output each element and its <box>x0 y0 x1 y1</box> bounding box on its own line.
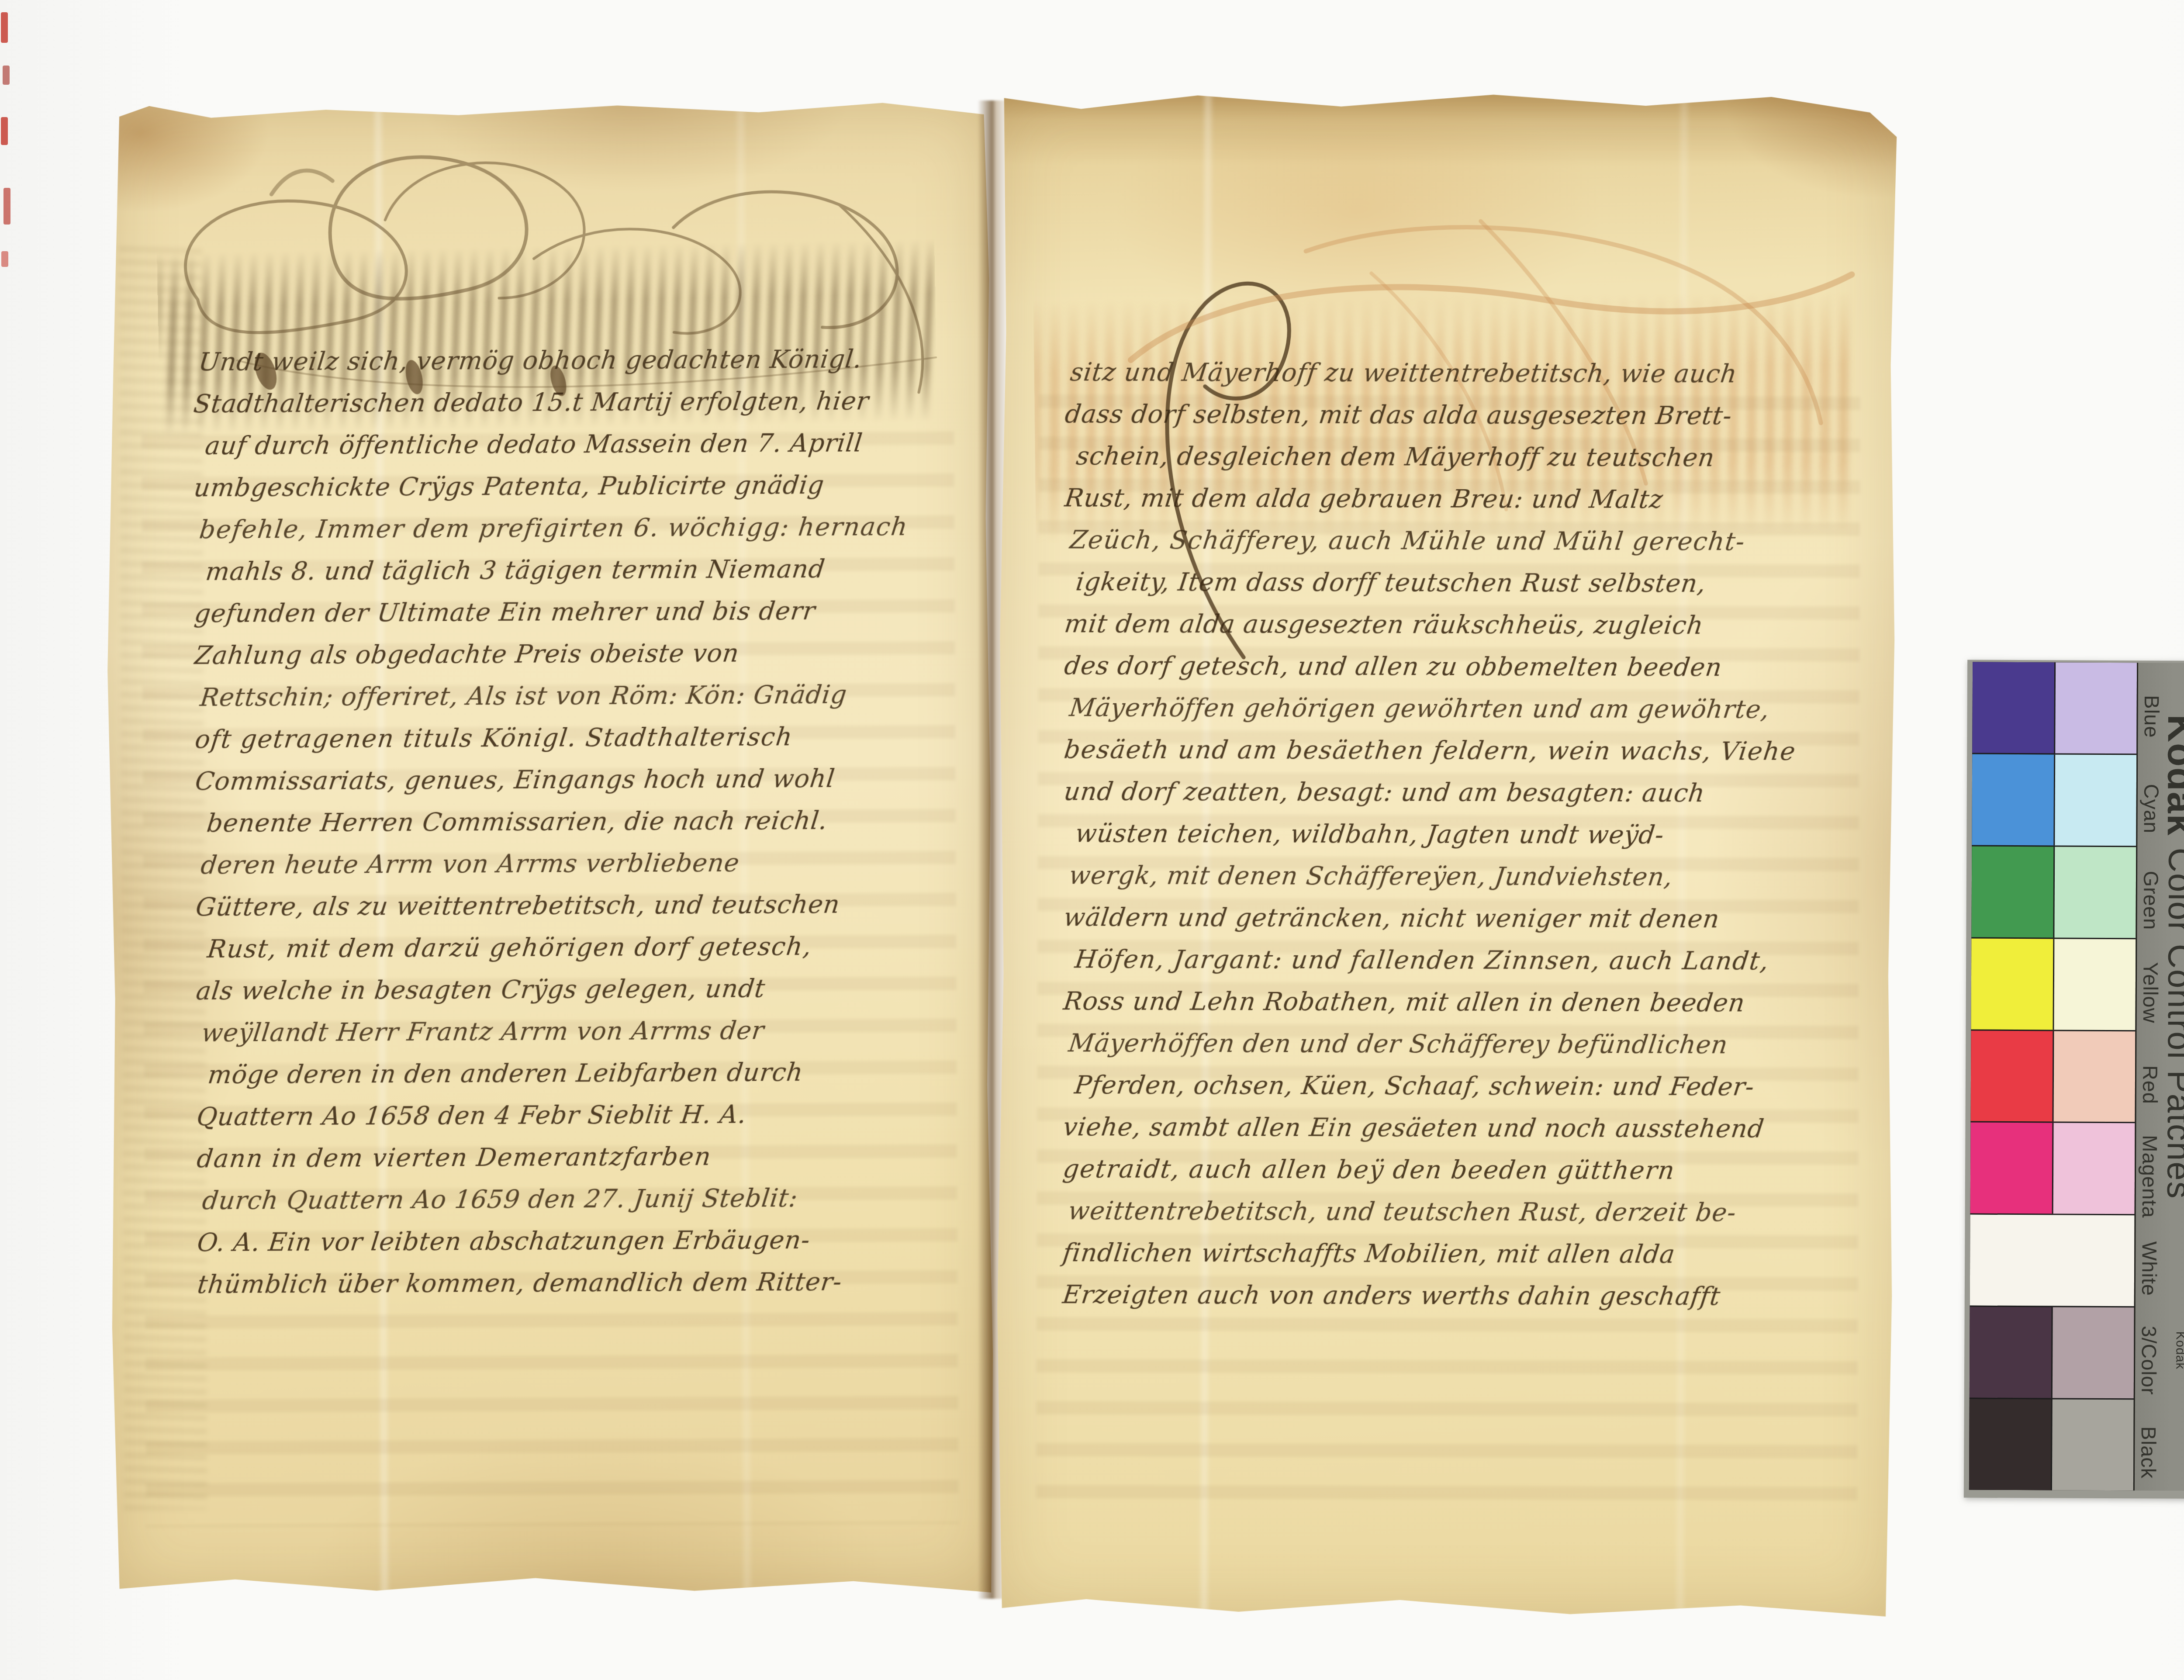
manuscript-line: des dorf getesch, und allen zu obbemelte… <box>1062 645 1875 689</box>
manuscript-line: möge deren in den anderen Leibfarben dur… <box>206 1051 985 1096</box>
manuscript-line: igkeity, Item dass dorff teutschen Rust … <box>1074 561 1876 605</box>
manuscript-line: Rust, mit dem darzü gehörigen dorf getes… <box>205 925 985 970</box>
patch-row <box>1972 754 2136 847</box>
left-page-text: Undt weilz sich, vermög obhoch gedachten… <box>194 338 984 1306</box>
manuscript-line: findlichen wirtschaffts Mobilien, mit al… <box>1061 1232 1874 1276</box>
color-patch-solid-black <box>1969 1399 2053 1490</box>
manuscript-line: dass dorf selbsten, mit das alda ausgese… <box>1063 393 1876 437</box>
manuscript-line: Güttere, als zu weittentrebetitsch, und … <box>194 883 985 928</box>
patch-row <box>1971 938 2136 1031</box>
manuscript-line: umbgeschickte Crÿgs Patenta, Publicirte … <box>192 463 983 509</box>
color-patch-solid-green <box>1971 846 2055 937</box>
color-patch-white <box>1970 1215 2135 1307</box>
scanner-edge-artifact <box>1 12 8 43</box>
manuscript-line: oft getragenen tituls Königl. Stadthalte… <box>193 715 984 760</box>
color-patch-tint-blue <box>2055 662 2137 754</box>
kodak-strip-inner: BlueCyanGreenYellowRedMagentaWhite3/Colo… <box>1969 662 2184 1491</box>
manuscript-line: und dorf zeatten, besagt: und am besagte… <box>1061 771 1875 815</box>
manuscript-line: Stadthalterischen dedato 15.t Martij erf… <box>191 380 982 425</box>
cm-ruler: 12345678910111213141516171819 <box>2138 663 2184 663</box>
manuscript-line: als welche in besagten Crÿgs gelegen, un… <box>194 967 985 1012</box>
manuscript-line: dann in dem vierten Demerantzfarben <box>194 1134 985 1180</box>
manuscript-line: Zahlung als obgedachte Preis obeiste von <box>192 631 983 677</box>
right-page-text: sitz und Mäyerhoff zu weittentrebetitsch… <box>1063 351 1873 1318</box>
color-patch-solid-cyan <box>1972 754 2055 845</box>
inch-ruler: 12345678 <box>2138 663 2184 663</box>
right-page: sitz und Mäyerhoff zu weittentrebetitsch… <box>996 89 1897 1616</box>
manuscript-line: auf durch öffentliche dedato Massein den… <box>203 422 982 467</box>
manuscript-line: thümblich über kommen, demandlich dem Ri… <box>195 1260 986 1306</box>
patch-row <box>1970 1215 2135 1308</box>
manuscript-scan: Undt weilz sich, vermög obhoch gedachten… <box>0 0 2184 1680</box>
color-patch-tint-yellow <box>2054 939 2136 1030</box>
color-patch-tint-green <box>2054 847 2136 938</box>
scanner-edge-artifact <box>1 251 8 267</box>
patch-row <box>1970 1123 2135 1216</box>
color-patch-solid-yellow <box>1971 938 2054 1030</box>
color-patch-solid-magenta <box>1970 1123 2054 1214</box>
manuscript-line: Pferden, ochsen, Küen, Schaaf, schwein: … <box>1072 1064 1874 1108</box>
manuscript-line: wüsten teichen, wildbahn, Jagten undt we… <box>1073 812 1875 857</box>
color-patch-solid-blue <box>1972 662 2056 754</box>
patch-row <box>1972 662 2137 755</box>
manuscript-line: mahls 8. und täglich 3 tägigen termin Ni… <box>204 547 983 593</box>
scanner-edge-artifact <box>1 117 8 145</box>
brand-text: KodakColor Control Patches <box>2157 714 2184 1199</box>
manuscript-line: Höfen, Jargant: und fallenden Zinnsen, a… <box>1072 938 1874 982</box>
manuscript-line: Rettschin; offeriret, Als ist von Röm: K… <box>198 673 984 719</box>
ruler-panel: BlueCyanGreenYellowRedMagentaWhite3/Colo… <box>2133 663 2184 1491</box>
manuscript-line: Erzeigten auch von anders werths dahin g… <box>1060 1274 1873 1318</box>
color-patch-tint-magenta <box>2053 1123 2135 1214</box>
manuscript-line: Ross und Lehn Robathen, mit allen in den… <box>1061 980 1874 1024</box>
patch-row <box>1970 1307 2134 1400</box>
manuscript-line: O. A. Ein vor leibten abschatzungen Erbä… <box>195 1218 986 1264</box>
manuscript-line: Mäyerhöffen gehörigen gewöhrten und am g… <box>1067 687 1875 731</box>
scanner-edge-artifact <box>3 66 10 85</box>
manuscript-line: Rust, mit dem alda gebrauen Breu: und Ma… <box>1062 477 1876 521</box>
color-patch-solid-red <box>1971 1030 2054 1122</box>
color-patch-solid-3-color <box>1970 1307 2053 1398</box>
manuscript-line: Zeüch, Schäfferey, auch Mühle und Mühl g… <box>1068 519 1876 563</box>
manuscript-line: sitz und Mäyerhoff zu weittentrebetitsch… <box>1068 351 1876 395</box>
color-label-black: Black <box>2136 1426 2161 1479</box>
manuscript-line: Undt weilz sich, vermög obhoch gedachten… <box>196 338 982 383</box>
manuscript-line: befehle, Immer dem prefigirten 6. wöchig… <box>197 505 983 551</box>
color-label-3-color: 3/Color <box>2137 1326 2161 1395</box>
kodak-logo-text: Kodak <box>2160 714 2184 836</box>
color-patch-tint-red <box>2053 1031 2136 1122</box>
manuscript-line: mit dem alda ausgesezten räukschheüs, zu… <box>1062 603 1875 647</box>
manuscript-line: weittentrebetitsch, und teutschen Rust, … <box>1066 1190 1874 1234</box>
kodak-color-target: BlueCyanGreenYellowRedMagentaWhite3/Colo… <box>1964 660 2184 1499</box>
manuscript-line: Commissariats, genues, Eingangs hoch und… <box>193 757 984 802</box>
color-patch-grid <box>1969 662 2137 1491</box>
manuscript-line: weÿllandt Herr Frantz Arrm von Arrms der <box>199 1009 985 1054</box>
manuscript-line: besäeth und am besäethen feldern, wein w… <box>1062 729 1875 773</box>
manuscript-line: benente Herren Commissarien, die nach re… <box>204 799 984 844</box>
manuscript-line: getraidt, auch allen beÿ den beeden gütt… <box>1061 1148 1874 1192</box>
patch-row <box>1969 1399 2134 1491</box>
color-patch-tint-black <box>2052 1400 2134 1491</box>
manuscript-line: gefunden der Ultimate Ein mehrer und bis… <box>192 589 983 635</box>
strip-title-text: Color Control Patches <box>2160 847 2184 1199</box>
color-patch-tint-3-color <box>2052 1307 2134 1399</box>
color-patch-tint-cyan <box>2055 754 2137 846</box>
patch-row <box>1971 1030 2136 1123</box>
manuscript-line: wergk, mit denen Schäffereÿen, Jundviehs… <box>1067 854 1875 899</box>
manuscript-line: Mäyerhöffen den und der Schäfferey befün… <box>1066 1022 1874 1066</box>
manuscript-line: wäldern und geträncken, nicht weniger mi… <box>1061 896 1875 940</box>
left-page: Undt weilz sich, vermög obhoch gedachten… <box>105 100 995 1597</box>
manuscript-line: deren heute Arrm von Arrms verbliebene <box>198 841 984 886</box>
patch-row <box>1971 846 2136 939</box>
manuscript-line: viehe, sambt allen Ein gesäeten und noch… <box>1061 1106 1874 1150</box>
manuscript-line: durch Quattern Ao 1659 den 27. Junij Ste… <box>200 1176 986 1222</box>
scanner-edge-artifact <box>3 188 10 225</box>
color-label-white: White <box>2137 1241 2162 1296</box>
manuscript-line: Quattern Ao 1658 den 4 Febr Sieblit H. A… <box>194 1092 985 1138</box>
copyright-text: © Kodak, 2007 TM: Kodak <box>2172 1331 2184 1491</box>
manuscript-line: schein, desgleichen dem Mäyerhoff zu teu… <box>1074 435 1876 479</box>
